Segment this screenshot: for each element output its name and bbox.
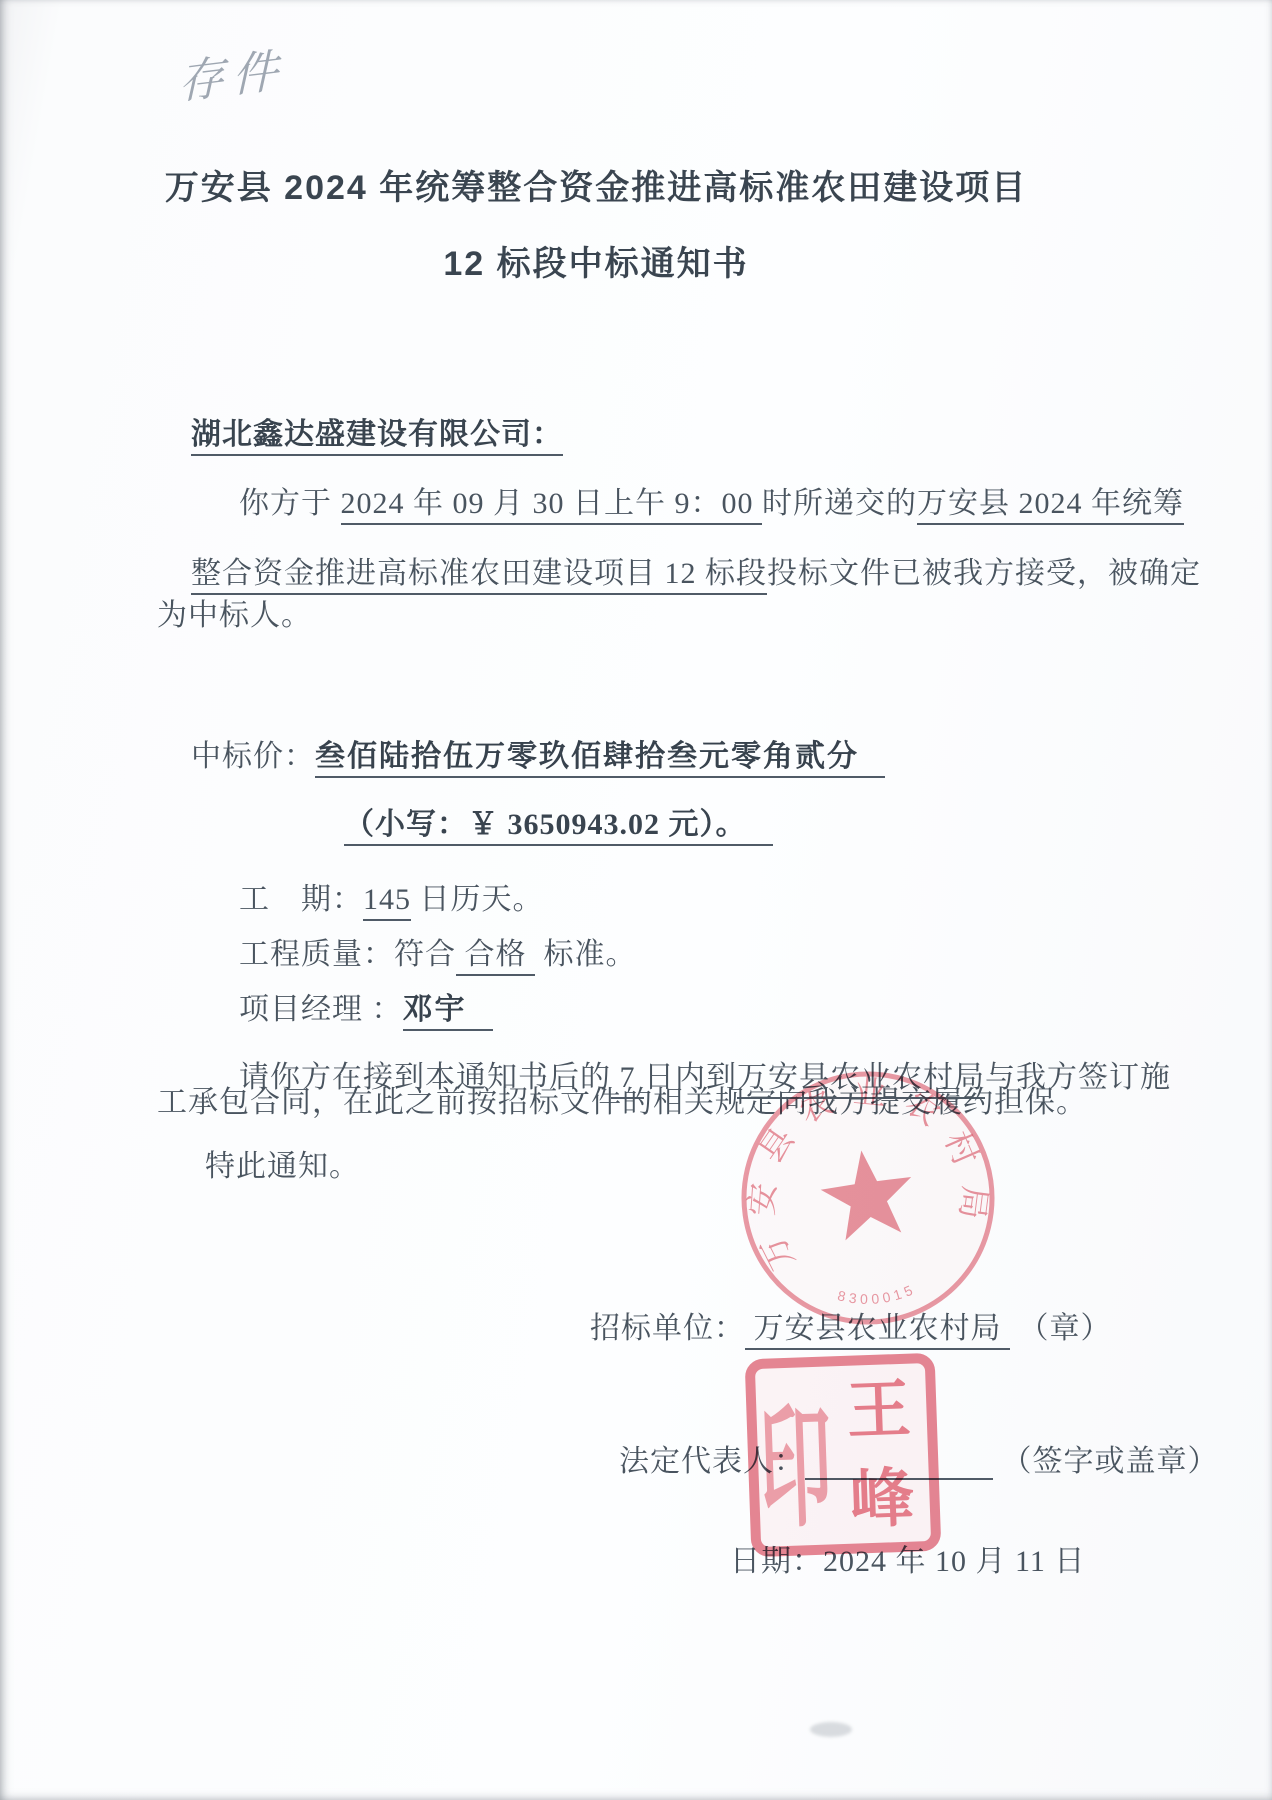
notice-closing-line: 特此通知。 xyxy=(205,1148,360,1186)
body-paragraph1-line3: 为中标人。 xyxy=(157,597,312,635)
para1-lead: 你方于 xyxy=(239,487,341,520)
tender-unit-seal-note: （章） xyxy=(1010,1312,1112,1345)
para1-mid: 时所递交的 xyxy=(762,487,917,520)
bid-price-label: 中标价： xyxy=(191,740,315,773)
name-seal-char-yin: 印 xyxy=(752,1291,838,1623)
legal-rep-name-seal: 印 王 峰 xyxy=(745,1353,942,1558)
body-paragraph1-line2: 整合资金推进高标准农田建设项目 12 标段投标文件已被我方接受，被确定 xyxy=(157,517,1201,630)
project-name-part2: 整合资金推进高标准农田建设项目 12 标段 xyxy=(191,557,767,595)
para1-rest: 投标文件已被我方接受，被确定 xyxy=(767,557,1201,590)
legal-representative-note: （签字或盖章） xyxy=(993,1445,1219,1478)
name-seal-char-wang: 王 xyxy=(846,1376,912,1442)
tender-unit-label: 招标单位： xyxy=(590,1312,745,1345)
bid-price-figures: （小写：￥ 3650943.02 元）。 xyxy=(344,808,773,846)
handwritten-note: 存件 xyxy=(178,33,286,113)
name-seal-char-feng: 峰 xyxy=(849,1465,915,1531)
document-title-line1: 万安县 2024 年统筹整合资金推进高标准农田建设项目 xyxy=(0,160,1192,209)
scan-smudge xyxy=(810,1722,852,1737)
name-seal-name-column: 王 峰 xyxy=(830,1363,931,1544)
scanned-document-page: 存件 万安县 2024 年统筹整合资金推进高标准农田建设项目 12 标段中标通知… xyxy=(0,0,1272,1800)
document-title-line2: 12 标段中标通知书 xyxy=(0,236,1192,285)
quality-suffix: 标准。 xyxy=(535,938,637,971)
